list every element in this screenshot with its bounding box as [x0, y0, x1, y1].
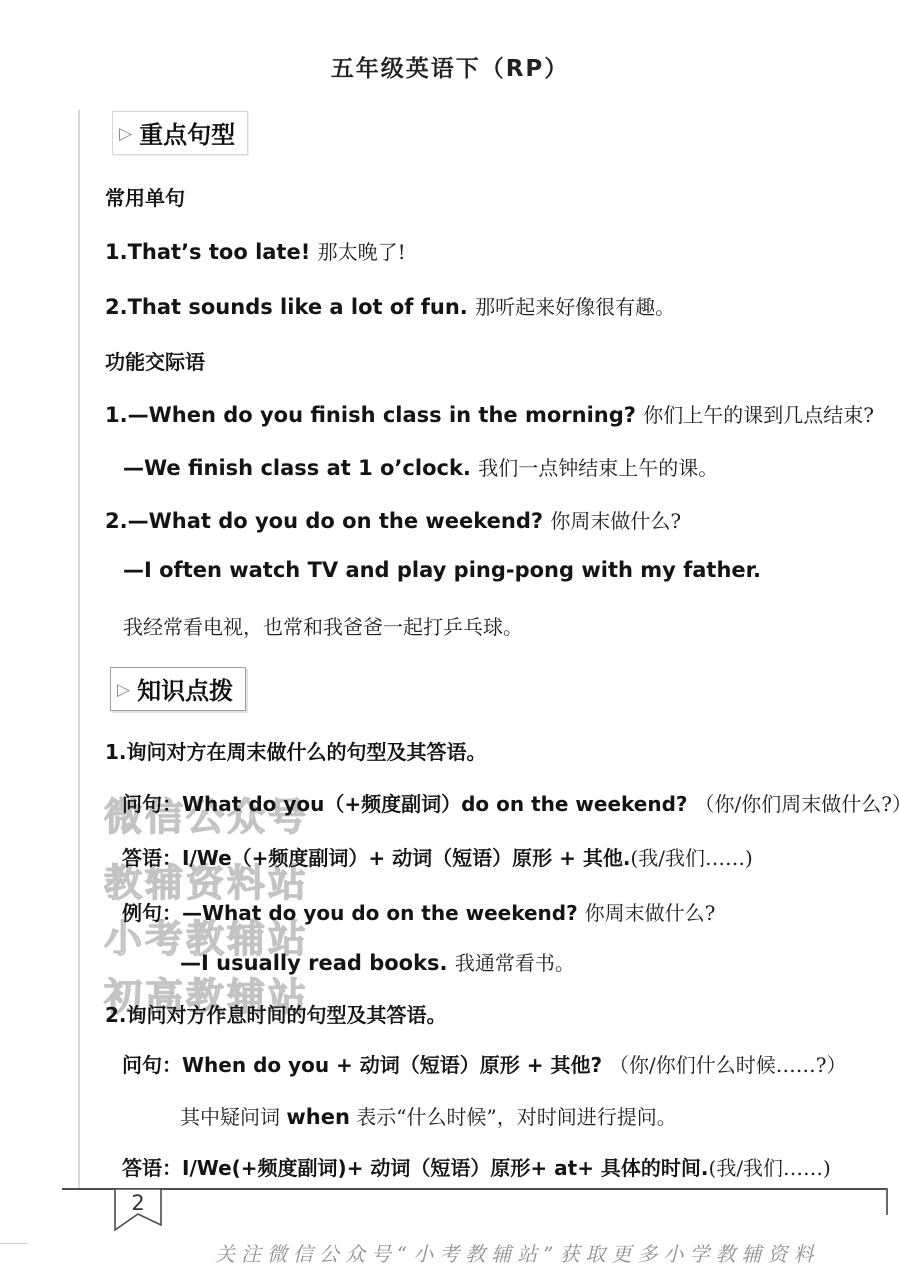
- scan-edge-line: [78, 110, 80, 1190]
- subheading-common-sentences: 常用单句: [105, 182, 185, 211]
- footer-rule-hook: [886, 1188, 888, 1215]
- question-pattern-line: 问句：When do you + 动词（短语）原形 + 其他? （你/你们什么时…: [122, 1049, 847, 1078]
- question-pattern-line: 问句：What do you（+频度副词）do on the weekend? …: [122, 788, 900, 817]
- sentence-line: 1.—When do you finish class in the morni…: [105, 399, 874, 428]
- point-title: 2.询问对方作息时间的句型及其答语。: [105, 999, 447, 1028]
- page-title: 五年级英语下（RP）: [0, 50, 900, 83]
- section-marker-icon: ▷: [117, 680, 130, 700]
- section-header-knowledge-points: ▷ 知识点拨: [110, 667, 246, 711]
- section-header-key-sentences: ▷ 重点句型: [112, 111, 248, 155]
- sentence-line: 1.That’s too late! 那太晚了!: [105, 236, 406, 265]
- sentence-line: —I often watch TV and play ping-pong wit…: [123, 558, 761, 582]
- note-line: 其中疑问词 when 表示“什么时候”，对时间进行提问。: [180, 1101, 677, 1130]
- section-marker-icon: ▷: [119, 124, 132, 144]
- sentence-line: —We finish class at 1 o’clock. 我们一点钟结束上午…: [123, 452, 718, 481]
- sentence-line: 2.That sounds like a lot of fun. 那听起来好像很…: [105, 291, 675, 320]
- subheading-functional-expressions: 功能交际语: [105, 346, 205, 375]
- answer-pattern-line: 答语：I/We(+频度副词)+ 动词（短语）原形+ at+ 具体的时间.(我/我…: [122, 1152, 831, 1181]
- page-number: 2: [114, 1191, 162, 1215]
- section-header-label: 知识点拨: [137, 671, 233, 706]
- page-number-bookmark: 2: [114, 1189, 164, 1237]
- sentence-line: 我经常看电视，也常和我爸爸一起打乒乓球。: [123, 611, 523, 640]
- sentence-line: 2.—What do you do on the weekend? 你周末做什么…: [105, 505, 681, 534]
- point-title: 1.询问对方在周末做什么的句型及其答语。: [105, 736, 487, 765]
- document-page: 五年级英语下（RP） ▷ 重点句型 常用单句 1.That’s too late…: [0, 0, 900, 1273]
- footer-rule: [62, 1188, 888, 1190]
- scan-artifact-line: [0, 1243, 28, 1244]
- footer-note: 关注微信公众号“小考教辅站”获取更多小学教辅资料: [215, 1238, 819, 1267]
- answer-pattern-line: 答语：I/We（+频度副词）+ 动词（短语）原形 + 其他.(我/我们……): [122, 842, 753, 871]
- example-line: —I usually read books. 我通常看书。: [180, 947, 575, 976]
- example-line: 例句：—What do you do on the weekend? 你周末做什…: [122, 897, 715, 926]
- section-header-label: 重点句型: [139, 115, 235, 150]
